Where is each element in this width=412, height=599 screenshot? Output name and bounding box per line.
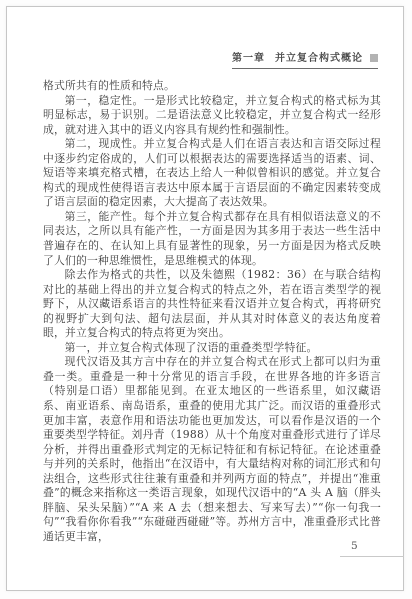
page-body: 格式所共有的性质和特点。 第一，稳定性。一是形式比较稳定，并立复合构式的格式标为… <box>43 79 381 545</box>
header-ornament-square-icon <box>370 54 378 62</box>
book-page: 第一章并立复合构式概论 格式所共有的性质和特点。 第一，稳定性。一是形式比较稳定… <box>6 6 404 591</box>
paragraph: 第一，稳定性。一是形式比较稳定，并立复合构式的格式标为其明显标志，易于识别。二是… <box>43 94 381 138</box>
chapter-title: 并立复合构式概论 <box>275 53 363 64</box>
running-head: 第一章并立复合构式概论 <box>232 49 378 69</box>
footer-rule <box>340 556 404 557</box>
paragraph: 第二，现成性。并立复合构式是人们在语言表达和言语交际过程中逐步约定俗成的，人们可… <box>43 137 381 210</box>
paragraph-continuation: 格式所共有的性质和特点。 <box>43 79 381 94</box>
page-number: 5 <box>351 540 358 552</box>
paragraph: 第三，能产性。每个并立复合构式都存在具有相似语法意义的不同表达，之所以具有能产性… <box>43 210 381 268</box>
chapter-label: 第一章 <box>232 53 265 64</box>
paragraph: 第一，并立复合构式体现了汉语的重叠类型学特征。 <box>43 341 381 356</box>
paragraph: 现代汉语及其方言中存在的并立复合构式在形式上都可以归为重叠一类。重叠是一种十分常… <box>43 355 381 544</box>
paragraph: 除去作为格式的共性，以及朱德熙（1982：36）在与联合结构对比的基础上得出的并… <box>43 268 381 341</box>
